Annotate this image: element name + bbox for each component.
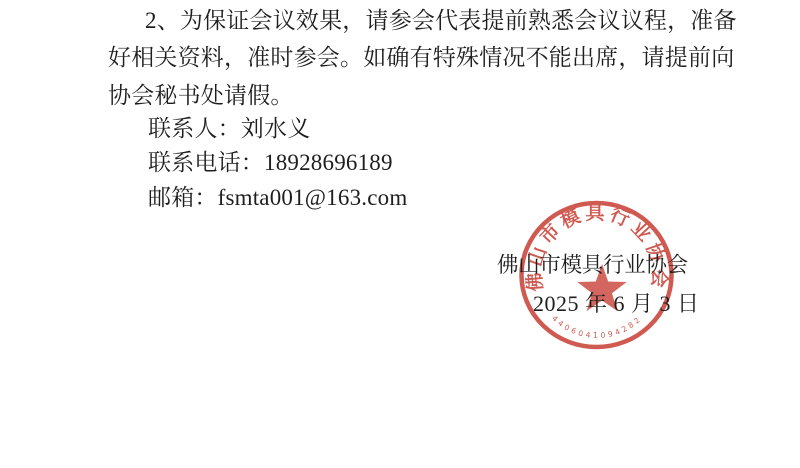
signature-date: 2025 年 6 月 3 日 [533,287,700,318]
contact-email: 邮箱：fsmta001@163.com [148,184,407,212]
body-paragraph-line-1: 2、为保证会议效果，请参会代表提前熟悉会议议程，准备 [145,7,737,35]
body-paragraph-line-3: 协会秘书处请假。 [108,82,294,110]
contact-phone: 联系电话：18928696189 [148,149,393,177]
contact-person: 联系人：刘水义 [148,115,310,143]
document-page: 2、为保证会议效果，请参会代表提前熟悉会议议程，准备 好相关资料，准时参会。如确… [0,0,800,468]
signature-organization: 佛山市模具行业协会 [497,248,688,279]
body-paragraph-line-2: 好相关资料，准时参会。如确有特殊情况不能出席，请提前向 [108,44,734,72]
